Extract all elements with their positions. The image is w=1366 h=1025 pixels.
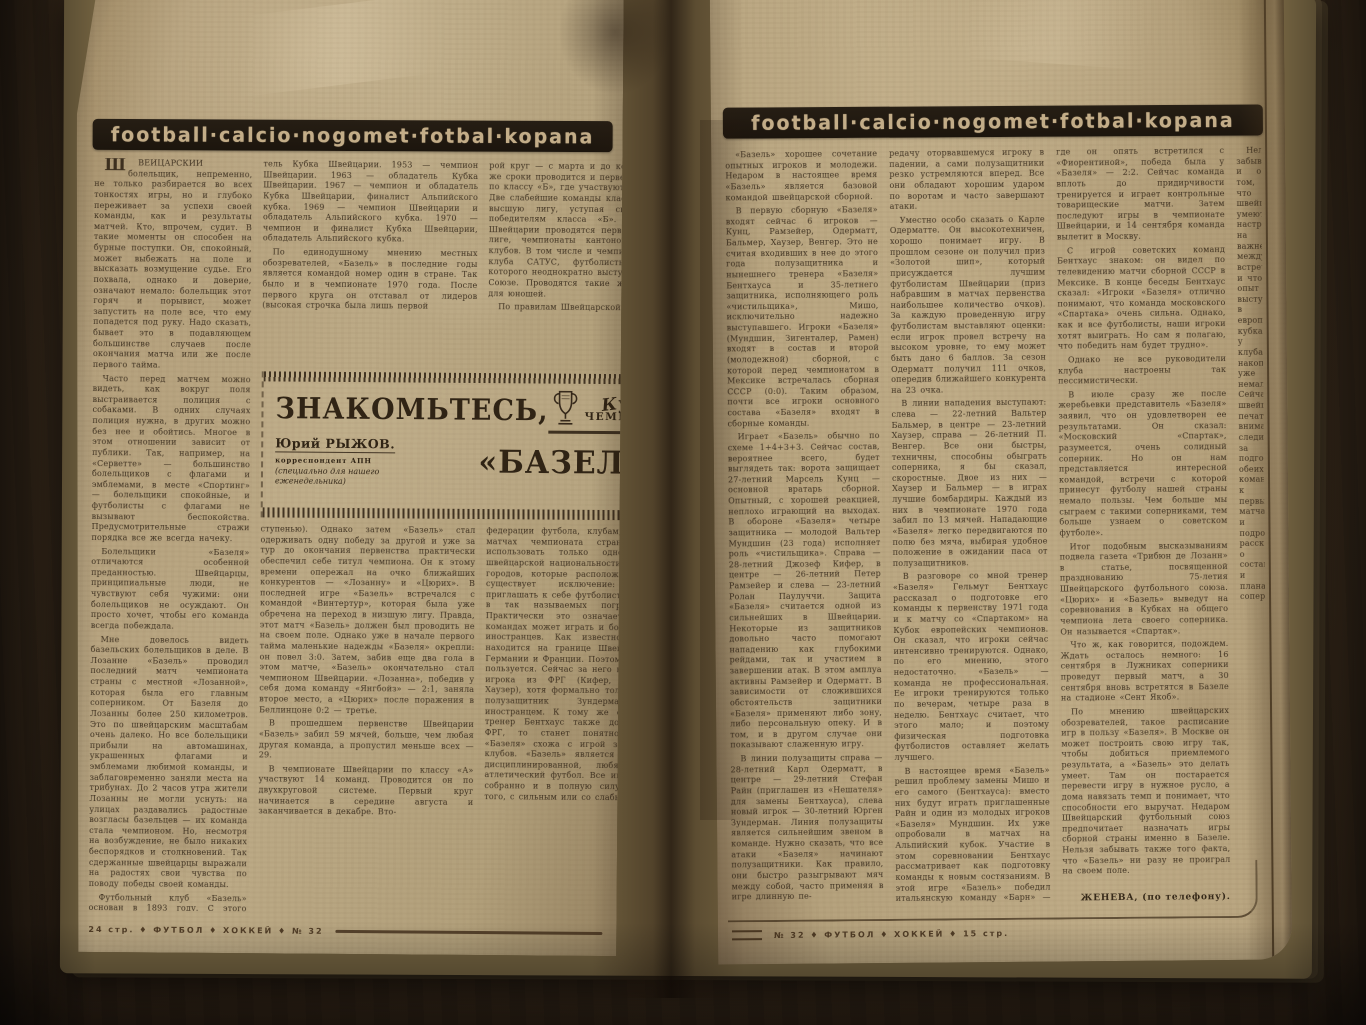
cup-label-script: Кубок [601, 390, 624, 414]
left-middle-bottom-row: ступенью). Однако затем «Базель» стал од… [258, 524, 624, 914]
byline: Юрий РЫЖОВ. корреспондент АПН (специальн… [275, 435, 403, 487]
body-paragraph: По правилам Швейцарской [488, 302, 624, 314]
footer-rule [336, 930, 603, 935]
body-paragraph: В линии нападения выступают: слева — 22-… [891, 398, 1047, 569]
left-column-3-bottom: федерации футбола, клубам, участвующим в… [483, 526, 623, 915]
masthead-banner-right: football·calcio·nogomet·fotbal·kopana [723, 104, 1263, 138]
body-paragraph: ступенью). Однако затем «Базель» стал од… [259, 524, 475, 717]
body-paragraph: Нельзя забывать и о том, что швейцарцы у… [1236, 146, 1265, 603]
body-paragraph: Играет «Базель» обычно по схеме 1+4+3+3.… [728, 431, 883, 751]
body-paragraph: где он опять встретился с «Фиорентиной»,… [1056, 146, 1225, 243]
right-page: football·calcio·nogomet·fotbal·kopana «Б… [710, 0, 1292, 964]
body-paragraph: Уместно особо сказать о Карле Одерматте.… [890, 214, 1047, 396]
article-title-box: ЗНАКОМЬТЕСЬ, [261, 371, 624, 520]
right-column-4-clipped: Нельзя забывать и о том, что швейцарцы у… [1236, 146, 1268, 902]
footer-rule-short [732, 930, 762, 940]
body-paragraph: По мнению швейцарских обозревателей, так… [1061, 706, 1230, 877]
body-paragraph: По единодушному мнению местных обозреват… [262, 247, 477, 312]
masthead-banner-left: football·calcio·nogomet·fotbal·kopana [93, 119, 613, 152]
body-paragraph: С игрой советских команд Бентхаус знаком… [1057, 245, 1226, 353]
newspaper-photo: football·calcio·nogomet·fotbal·kopana ШВ… [0, 0, 1366, 1025]
body-paragraph: редачу оторвавшемуся игроку в падении, а… [889, 148, 1045, 213]
body-paragraph: В разговоре со мной тренер «Базеля» Гель… [893, 571, 1050, 764]
hatched-border-bottom [263, 507, 624, 520]
body-paragraph: «Базель» хорошее сочетание опытных игрок… [725, 149, 877, 203]
champions-cup-emblem: Кубок ЧЕМПИОНОВ [548, 388, 623, 435]
right-page-content: «Базель» хорошее сочетание опытных игрок… [725, 146, 1268, 907]
left-footer-text: 24 стр. ♦ ФУТБОЛ ♦ ХОККЕЙ ♦ № 32 [88, 925, 323, 936]
body-paragraph: федерации футбола, клубам, участвующим в… [484, 526, 623, 804]
left-column-1: ШВЕЙЦАРСКИЙ болельщик, непременно, не то… [89, 158, 253, 911]
body-paragraph: В чемпионате Швейцарии по классу «А» уча… [258, 764, 473, 819]
right-column-3: где он опять встретился с «Фиорентиной»,… [1056, 146, 1230, 887]
left-column-2-bottom: ступенью). Однако затем «Базель» стал од… [258, 524, 476, 913]
body-paragraph: Итог подобным высказываниям подвела газе… [1060, 541, 1229, 638]
body-paragraph: Футбольный клуб «Базель» основан в 1893 … [89, 892, 247, 911]
left-page: football·calcio·nogomet·fotbal·kopana ШВ… [70, 0, 624, 956]
article-kicker: ЗНАКОМЬТЕСЬ, [275, 394, 548, 425]
title-box-inner: ЗНАКОМЬТЕСЬ, [263, 381, 624, 510]
body-paragraph: рой круг — с марта и до конца июня. В эт… [488, 161, 624, 301]
body-paragraph: В прошедшем первенстве Швейцарии «Базель… [259, 719, 474, 763]
body-paragraph: тель Кубка Швейцарии. 1953 — чемпион Шве… [263, 159, 479, 246]
author-role: корреспондент АПН [275, 455, 403, 465]
body-paragraph: В линии полузащиты справа — 28-летний Ка… [730, 753, 883, 903]
body-paragraph: В июле сразу же после жеребьевки предста… [1058, 389, 1227, 539]
right-column-3-wrap: где он опять встретился с «Фиорентиной»,… [1056, 146, 1231, 903]
article-title: «БАЗЕЛЬ» [478, 444, 623, 482]
masthead-text: football·calcio·nogomet·fotbal·kopana [111, 123, 595, 148]
body-paragraph: Мне довелось видеть базельских болельщик… [89, 634, 249, 890]
body-paragraph: В первую сборную «Базеля» входят сейчас … [726, 205, 880, 429]
left-page-footer: 24 стр. ♦ ФУТБОЛ ♦ ХОККЕЙ ♦ № 32 [88, 925, 602, 938]
left-middle-area: тель Кубка Швейцарии. 1953 — чемпион Шве… [258, 159, 624, 914]
masthead-text: football·calcio·nogomet·fotbal·kopana [751, 109, 1235, 135]
left-column-2-top: тель Кубка Швейцарии. 1953 — чемпион Шве… [262, 159, 478, 367]
body-paragraph: Однако не все руководители клуба настрое… [1058, 354, 1226, 387]
left-middle-top-row: тель Кубка Швейцарии. 1953 — чемпион Шве… [262, 159, 624, 368]
author-name: Юрий РЫЖОВ. [275, 435, 395, 453]
trophy-icon [550, 388, 580, 428]
right-footer-text: № 32 ♦ ФУТБОЛ ♦ ХОККЕЙ ♦ 15 стр. [774, 928, 1009, 939]
right-column-2: редачу оторвавшемуся игроку в падении, а… [889, 148, 1051, 905]
body-paragraph: Что ж, как говорится, подождем. Ждать ос… [1060, 639, 1229, 704]
body-paragraph: Болельщики «Базеля» отличаются особенной… [91, 546, 250, 632]
dateline-signature: ЖЕНЕВА, (по телефону). [1063, 892, 1231, 903]
body-paragraph: Часто перед матчем можно видеть, как вок… [91, 374, 250, 545]
body-paragraph: В настоящее время «Базель» решил проблем… [895, 765, 1051, 905]
left-column-3-top: рой круг — с марта и до конца июня. В эт… [488, 161, 624, 369]
body-paragraph: ШВЕЙЦАРСКИЙ болельщик, непременно, не то… [93, 158, 253, 372]
right-column-1: «Базель» хорошее сочетание опытных игрок… [725, 149, 884, 906]
left-page-content: ШВЕЙЦАРСКИЙ болельщик, непременно, не то… [89, 158, 611, 914]
right-page-footer: № 32 ♦ ФУТБОЛ ♦ ХОККЕЙ ♦ 15 стр. [732, 926, 1252, 941]
author-note: (специально для нашего еженедельника) [275, 466, 403, 487]
cup-label: Кубок ЧЕМПИОНОВ [584, 394, 623, 423]
